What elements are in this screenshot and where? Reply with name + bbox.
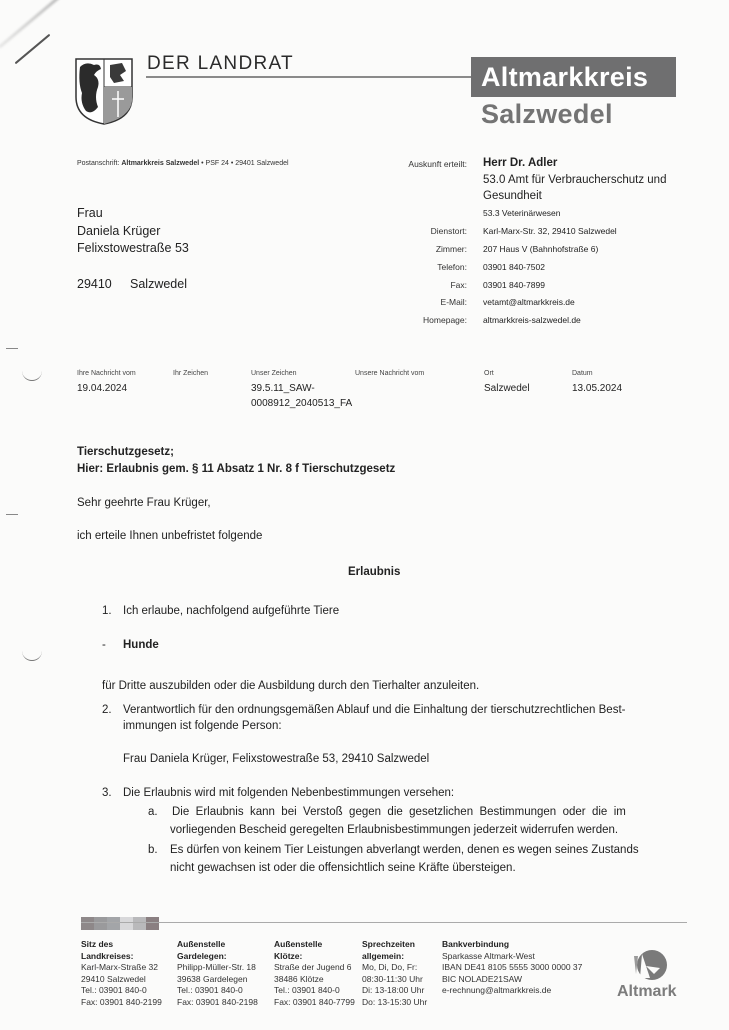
email-link[interactable]: vetamt@altmarkkreis.de <box>483 297 575 307</box>
ihre-nachricht-value: 19.04.2024 <box>77 383 127 394</box>
auskunft-label: Auskunft erteilt: <box>347 159 467 169</box>
department-cont: Gesundheit <box>483 190 542 202</box>
unser-zeichen-label: Unser Zeichen <box>251 370 297 377</box>
sub-item-letter: b. <box>148 844 158 856</box>
sub-item-a-text: Die Erlaubnis kann bei Verstoß gegen die… <box>172 806 680 818</box>
zimmer-label: Zimmer: <box>347 244 467 254</box>
department: 53.0 Amt für Verbraucherschutz und <box>483 174 666 186</box>
brand-subtitle: Salzwedel <box>481 99 613 130</box>
recipient-street: Felixstowestraße 53 <box>77 241 189 255</box>
punch-hole-mark <box>22 650 42 661</box>
sub-item-b-text: Es dürfen von keinem Tier Leistungen abv… <box>170 844 639 856</box>
coat-of-arms-icon <box>74 57 134 126</box>
ihre-nachricht-label: Ihre Nachricht vom <box>77 370 136 377</box>
recipient-city: Salzwedel <box>130 277 187 291</box>
sub-item-a-text-cont: vorliegenden Bescheid geregelten Erlaubn… <box>170 824 618 836</box>
greeting: Sehr geehrte Frau Krüger, <box>77 497 211 509</box>
unsere-nachricht-label: Unsere Nachricht vom <box>355 370 424 377</box>
ihr-zeichen-label: Ihr Zeichen <box>173 370 208 377</box>
datum-value: 13.05.2024 <box>572 383 622 394</box>
zimmer-value: 207 Haus V (Bahnhofstraße 6) <box>483 244 598 254</box>
ort-label: Ort <box>484 370 494 377</box>
subject-line: Tierschutzgesetz; <box>77 446 174 458</box>
dienstort-value: Karl-Marx-Str. 32, 29410 Salzwedel <box>483 226 617 236</box>
intro-text: ich erteile Ihnen unbefristet folgende <box>77 530 262 542</box>
fold-mark <box>6 514 18 515</box>
color-swatch <box>133 917 146 930</box>
homepage-label: Homepage: <box>347 315 467 325</box>
punch-hole-mark <box>22 370 42 381</box>
item-number: 2. <box>102 704 112 716</box>
fax-value: 03901 840-7899 <box>483 280 545 290</box>
homepage-link[interactable]: altmarkkreis-salzwedel.de <box>483 315 581 325</box>
bullet-dash: - <box>102 639 106 651</box>
item-2-text: Verantwortlich für den ordnungsgemäßen A… <box>123 704 625 716</box>
footer-rule <box>81 922 687 923</box>
fold-mark <box>6 348 18 349</box>
dienstort-label: Dienstort: <box>347 226 467 236</box>
sub-item-b-text-cont: nicht gewachsen ist oder die offensichtl… <box>170 862 516 874</box>
color-swatch <box>146 917 159 930</box>
footer-column-office-hours: Sprechzeiten allgemein: Mo, Di, Do, Fr: … <box>362 939 427 1009</box>
sub-item-letter: a. <box>148 806 158 818</box>
altmark-logo-text: Altmark <box>617 983 677 1001</box>
footer-column-bank: Bankverbindung Sparkasse Altmark-West IB… <box>442 939 582 997</box>
footer-column-seat: Sitz des Landkreises: Karl-Marx-Straße 3… <box>81 939 162 1009</box>
item-number: 3. <box>102 787 112 799</box>
fax-label: Fax: <box>347 280 467 290</box>
postal-address-line: Postanschrift: Altmarkkreis Salzwedel • … <box>77 160 289 167</box>
purpose-text: für Dritte auszubilden oder die Ausbildu… <box>102 680 479 692</box>
footer-column-kloetze: Außenstelle Klötze: Straße der Jugend 6 … <box>274 939 355 1009</box>
recipient-salutation: Frau <box>77 206 103 220</box>
contact-person: Herr Dr. Adler <box>483 157 557 169</box>
authority-title: DER LANDRAT <box>147 53 294 75</box>
responsible-person: Frau Daniela Krüger, Felixstowestraße 53… <box>123 753 429 765</box>
brand-name: Altmarkkreis <box>471 57 676 97</box>
altmark-logo-icon <box>620 948 680 988</box>
animal-type: Hunde <box>123 639 159 651</box>
item-3-text: Die Erlaubnis wird mit folgenden Nebenbe… <box>123 787 454 799</box>
telefon-value: 03901 840-7502 <box>483 262 545 272</box>
item-2-text-cont: immungen ist folgende Person: <box>123 720 282 732</box>
section-heading: Erlaubnis <box>348 566 400 578</box>
subdepartment: 53.3 Veterinärwesen <box>483 208 561 218</box>
ort-value: Salzwedel <box>484 383 530 394</box>
header-rule <box>146 76 476 78</box>
item-number: 1. <box>102 605 112 617</box>
unser-zeichen-value-cont: 0008912_2040513_FA <box>251 398 352 409</box>
color-swatch <box>107 917 120 930</box>
scan-artifact <box>15 34 51 64</box>
color-swatch <box>81 917 94 930</box>
subject-detail: Hier: Erlaubnis gem. § 11 Absatz 1 Nr. 8… <box>77 463 395 475</box>
email-label: E-Mail: <box>347 297 467 307</box>
footer-column-gardelegen: Außenstelle Gardelegen: Philipp-Müller-S… <box>177 939 258 1009</box>
color-swatch <box>94 917 107 930</box>
recipient-name: Daniela Krüger <box>77 224 160 238</box>
item-1-text: Ich erlaube, nachfolgend aufgeführte Tie… <box>123 605 339 617</box>
color-swatch <box>120 917 133 930</box>
recipient-zip: 29410 <box>77 277 112 291</box>
telefon-label: Telefon: <box>347 262 467 272</box>
datum-label: Datum <box>572 370 593 377</box>
unser-zeichen-value: 39.5.11_SAW- <box>251 383 315 394</box>
scan-artifact <box>0 0 62 48</box>
